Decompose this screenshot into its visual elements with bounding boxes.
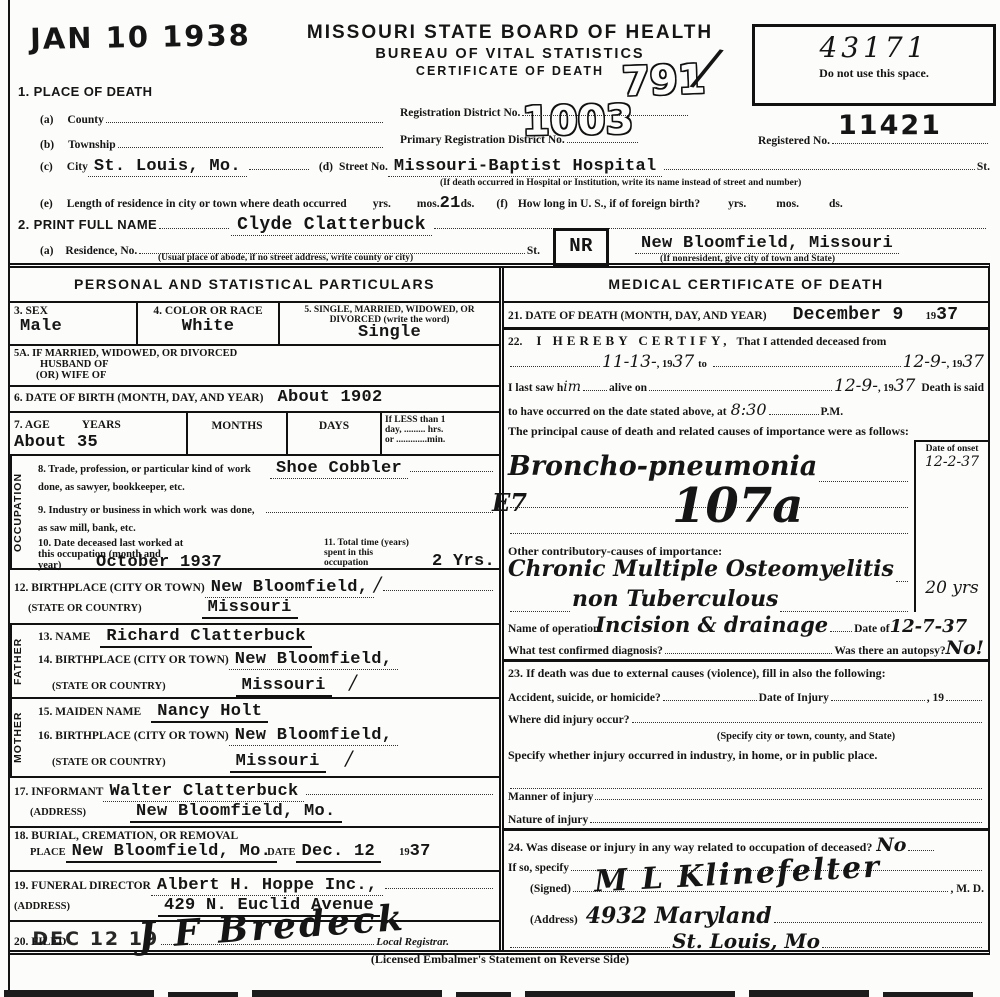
date-of-death-row: 21. DATE OF DEATH (MONTH, DAY, AND YEAR)… xyxy=(504,303,988,330)
sex-color-marital-row: 3. SEX Male 4. COLOR OR RACE White 5. SI… xyxy=(10,303,499,346)
mother-maiden-label: 15. MAIDEN NAME xyxy=(38,706,141,718)
age-months-cell: MONTHS xyxy=(188,413,288,454)
cause-of-death-area: Broncho-pneumonia E7 107a Other contribu… xyxy=(504,440,988,612)
dotted-line xyxy=(830,618,852,632)
ds-label: ds. xyxy=(461,198,475,210)
pm-label: P.M. xyxy=(821,406,844,418)
related-value: No xyxy=(876,834,906,856)
dotted-line xyxy=(896,568,908,582)
registered-number-label: Registered No. xyxy=(758,135,830,147)
place-of-death-heading: 1. PLACE OF DEATH xyxy=(18,84,152,99)
cause-intro-line: The principal cause of death and related… xyxy=(504,422,988,440)
where-injury-label: Where did injury occur? xyxy=(508,714,630,726)
registration-district-line: Registration District No. xyxy=(400,102,690,119)
pen-slash-mark: / xyxy=(374,572,381,596)
operation-label: Name of operation xyxy=(508,623,599,635)
color-race-cell: 4. COLOR OR RACE White xyxy=(138,303,280,344)
residence-no-label: Residence, No. xyxy=(65,245,137,257)
medical-certificate-title: MEDICAL CERTIFICATE OF DEATH xyxy=(504,268,988,303)
township-line: (b) Township xyxy=(40,134,385,151)
dotted-line xyxy=(510,353,600,367)
occupation-fields: 8. Trade, profession, or particular kind… xyxy=(34,456,499,568)
cause-fields: Broncho-pneumonia E7 107a Other contribu… xyxy=(504,440,914,612)
total-time-label-3: occupation xyxy=(324,558,432,568)
address-line-2: St. Louis, Mo xyxy=(508,929,984,953)
trade-row: 8. Trade, profession, or particular kind… xyxy=(34,456,499,497)
onset-date-value: 12-2-37 xyxy=(925,454,979,470)
father-birthplace-state: Missouri xyxy=(236,676,332,697)
trade-value: Shoe Cobbler xyxy=(270,459,408,479)
father-birthplace-city: New Bloomfield, xyxy=(229,650,399,670)
yrs-label: yrs. xyxy=(373,198,391,210)
burial-place-value: New Bloomfield, Mo. xyxy=(66,842,278,863)
accident-label: Accident, suicide, or homicide? xyxy=(508,692,661,704)
scan-artifact xyxy=(883,992,973,997)
operation-date-value: 12-7-37 xyxy=(890,616,968,637)
father-name-line: 13. NAME Richard Clatterbuck xyxy=(38,627,495,648)
specify-industry-line: Specify whether injury occurred in indus… xyxy=(508,746,984,764)
occurred-line: to have occurred on the date stated abov… xyxy=(508,400,984,419)
marital-label-1: 5. SINGLE, MARRIED, WIDOWED, OR xyxy=(284,305,495,315)
mother-maiden-value: Nancy Holt xyxy=(151,702,268,723)
burial-year-value: 37 xyxy=(410,842,431,861)
mother-birthplace-city: New Bloomfield, xyxy=(229,726,399,746)
less-than-label-2: day, ......... hrs. xyxy=(385,425,496,435)
color-race-label: 4. COLOR OR RACE xyxy=(142,305,274,317)
item-c-label: (c) xyxy=(40,161,53,173)
scan-artifact-band xyxy=(0,987,1000,997)
test-autopsy-line: What test confirmed diagnosis? Was there… xyxy=(504,637,988,662)
dob-label: 6. DATE OF BIRTH (MONTH, DAY, AND YEAR) xyxy=(14,392,263,404)
burial-place-date-line: PLACE New Bloomfield, Mo. DATE Dec. 12 1… xyxy=(14,842,495,863)
birthplace-state-line: (STATE OR COUNTRY) Missouri xyxy=(14,598,495,619)
age-label: 7. AGE xyxy=(14,419,50,431)
injury-date-label: Date of Injury xyxy=(759,692,829,704)
father-name-value: Richard Clatterbuck xyxy=(100,627,312,648)
dotted-line xyxy=(774,909,982,923)
dotted-line xyxy=(410,458,493,472)
residence-days-value: 21 xyxy=(440,194,461,213)
dotted-line xyxy=(510,598,570,612)
item-22-number: 22. xyxy=(508,336,522,348)
dotted-line xyxy=(385,875,493,889)
alive-on-label: alive on xyxy=(609,382,647,394)
informant-address-value: New Bloomfield, Mo. xyxy=(130,802,342,823)
occupation-related-block: 24. Was disease or injury in any way rel… xyxy=(504,831,988,954)
informant-block: 17. INFORMANT Walter Clatterbuck (ADDRES… xyxy=(10,778,499,828)
board-title: MISSOURI STATE BOARD OF HEALTH xyxy=(290,22,730,44)
wife-of-label: (OR) WIFE OF xyxy=(36,370,495,381)
burial-block: 18. BURIAL, CREMATION, OR REMOVAL PLACE … xyxy=(10,828,499,872)
principal-cause-label: The principal cause of death and related… xyxy=(508,424,909,438)
dotted-line xyxy=(106,109,383,123)
burial-date-value: Dec. 12 xyxy=(296,842,382,863)
scan-artifact xyxy=(749,990,869,997)
stray-pen-mark: E7 xyxy=(492,488,527,517)
contributory-duration: 20 yrs xyxy=(925,578,979,598)
age-days-cell: DAYS xyxy=(288,413,382,454)
burial-year-prefix: 19 xyxy=(399,847,410,858)
scan-artifact xyxy=(4,990,154,997)
mother-birthplace-state: Missouri xyxy=(230,752,326,773)
to-19-label: , 19 xyxy=(947,359,963,370)
dotted-line xyxy=(383,578,493,592)
mos-label: mos. xyxy=(417,198,440,210)
dotted-line xyxy=(832,130,988,144)
birthplace-block: 12. BIRTHPLACE (CITY OR TOWN) New Bloomf… xyxy=(10,570,499,625)
last-saw-date: 12-9- xyxy=(834,376,878,396)
industry-row: 9. Industry or business in which work wa… xyxy=(34,497,499,537)
item-f-label: (f) xyxy=(496,198,508,210)
injury-19-label: , 19 xyxy=(927,692,944,704)
dotted-line xyxy=(780,598,908,612)
item-e-label: (e) xyxy=(40,198,53,210)
burial-place-label: PLACE xyxy=(30,847,66,858)
father-birthplace-label: 14. BIRTHPLACE (CITY OR TOWN) xyxy=(38,654,229,666)
less-than-label-1: If LESS than 1 xyxy=(385,415,496,425)
to-word: to xyxy=(698,359,707,370)
item-a-label: (a) xyxy=(40,114,53,126)
dotted-line xyxy=(713,353,901,367)
hereby-certify-label: I HEREBY CERTIFY, xyxy=(536,333,730,349)
attended-to-date: 12-9- xyxy=(903,352,947,372)
total-time-value: 2 Yrs. xyxy=(432,552,495,571)
hour-value: 8:30 xyxy=(731,400,767,419)
burial-date-label: DATE xyxy=(267,847,295,858)
dotted-line xyxy=(139,240,525,254)
dotted-line xyxy=(819,468,908,482)
residence-city-value: New Bloomfield, Missouri xyxy=(635,234,899,254)
scan-artifact xyxy=(168,992,238,997)
dotted-line xyxy=(649,377,832,391)
funeral-director-label: 19. FUNERAL DIRECTOR xyxy=(14,880,151,892)
contributory-line-1: Chronic Multiple Osteomyelitis xyxy=(508,552,910,582)
age-less-cell: If LESS than 1 day, ......... hrs. or ..… xyxy=(382,413,499,454)
accident-line: Accident, suicide, or homicide? Date of … xyxy=(508,687,984,704)
dotted-line xyxy=(595,786,982,800)
physician-address-label: (Address) xyxy=(530,914,578,926)
mother-name-line: 15. MAIDEN NAME Nancy Holt xyxy=(38,702,495,723)
certificate-body: PERSONAL AND STATISTICAL PARTICULARS 3. … xyxy=(10,263,990,955)
date-of-death-value: December 9 xyxy=(793,305,904,325)
birthplace-city-value: New Bloomfield, xyxy=(205,578,375,598)
autopsy-value: No! xyxy=(946,637,984,659)
residence-length-label: Length of residence in city or town wher… xyxy=(67,198,347,210)
county-line: (a) County xyxy=(40,109,385,126)
dotted-line xyxy=(306,781,493,795)
registered-number-line: Registered No. xyxy=(758,130,990,147)
date-of-onset-column: Date of onset 12-2-37 20 yrs xyxy=(914,440,988,612)
dotted-line xyxy=(567,129,638,143)
specify-city-note: (Specify city or town, county, and State… xyxy=(717,731,895,742)
sex-cell: 3. SEX Male xyxy=(10,303,138,344)
attended-label: That I attended deceased from xyxy=(736,336,886,348)
sex-value: Male xyxy=(20,317,132,336)
personal-particulars-column: PERSONAL AND STATISTICAL PARTICULARS 3. … xyxy=(10,268,504,950)
us-length-label: How long in U. S., if of foreign birth? xyxy=(518,198,700,210)
md-label: , M. D. xyxy=(950,883,984,895)
dotted-line xyxy=(434,215,986,229)
where-injury-line: Where did injury occur? xyxy=(508,709,984,726)
item-2a-label: (a) xyxy=(40,245,53,257)
age-row: 7. AGE YEARS About 35 MONTHS DAYS If LES… xyxy=(10,413,499,456)
certify-line: 22. I HEREBY CERTIFY, That I attended de… xyxy=(508,333,984,349)
attended-from-date: 11-13- xyxy=(602,352,657,372)
dotted-line xyxy=(664,156,974,170)
specify-city-note-line: (Specify city or town, county, and State… xyxy=(508,726,984,744)
nature-label: Nature of injury xyxy=(508,814,588,826)
manner-line: Manner of injury xyxy=(508,786,984,803)
last-worked-row: 10. Date deceased last worked at this oc… xyxy=(34,537,499,572)
operation-line: Name of operation Incision & drainage Da… xyxy=(504,612,988,637)
contributory-cause-1: Chronic Multiple Osteomyelitis xyxy=(508,556,894,582)
physician-address-1: 4932 Maryland xyxy=(586,903,772,929)
pen-slash-mark: / xyxy=(346,746,353,770)
mother-fields: 15. MAIDEN NAME Nancy Holt 16. BIRTHPLAC… xyxy=(34,699,499,776)
print-full-name-heading: 2. PRINT FULL NAME xyxy=(18,217,157,232)
dotted-line xyxy=(632,709,983,723)
operation-value: Incision & drainage xyxy=(595,612,828,637)
do-not-use-box: 43171 Do not use this space. xyxy=(752,24,996,106)
do-not-use-label: Do not use this space. xyxy=(755,66,993,81)
contributory-cause-2: non Tuberculous xyxy=(572,586,778,612)
street-value: Missouri-Baptist Hospital xyxy=(388,157,663,177)
related-line: 24. Was disease or injury in any way rel… xyxy=(508,834,984,856)
last-worked-label-1: 10. Date deceased last worked at xyxy=(38,538,318,549)
received-date-stamp: JAN 10 1938 xyxy=(30,18,251,56)
funeral-director-value: Albert H. Hoppe Inc., xyxy=(151,876,384,896)
dod-year-value: 37 xyxy=(936,305,958,325)
personal-particulars-title: PERSONAL AND STATISTICAL PARTICULARS xyxy=(10,268,499,303)
full-name-value: Clyde Clatterbuck xyxy=(231,215,432,236)
contributory-line-2: non Tuberculous xyxy=(508,582,910,612)
last-19-label: , 19 xyxy=(878,383,894,394)
married-widowed-row: 5A. IF MARRIED, WIDOWED, OR DIVORCED HUS… xyxy=(10,346,499,387)
item-d-label: (d) xyxy=(319,161,333,173)
informant-address-label: (ADDRESS) xyxy=(30,807,86,818)
death-said-label: Death is said xyxy=(921,382,984,394)
months-label: MONTHS xyxy=(211,420,262,432)
city-street-line: (c) City St. Louis, Mo. (d) Street No. M… xyxy=(40,156,990,177)
residence-st-suffix: St. xyxy=(527,245,540,257)
marital-value: Single xyxy=(284,323,495,342)
mother-birthplace-state-line: (STATE OR COUNTRY) Missouri / xyxy=(38,746,495,773)
dob-value: About 1902 xyxy=(277,388,382,407)
test-label: What test confirmed diagnosis? xyxy=(508,645,663,657)
death-certificate-scan: JAN 10 1938 MISSOURI STATE BOARD OF HEAL… xyxy=(0,0,1000,997)
dotted-line xyxy=(590,809,982,823)
father-birthplace-city-line: 14. BIRTHPLACE (CITY OR TOWN) New Bloomf… xyxy=(38,650,495,670)
father-side-label: FATHER xyxy=(10,625,34,697)
dotted-line xyxy=(159,215,229,229)
dotted-line xyxy=(522,102,688,116)
dotted-line xyxy=(583,377,607,391)
occurred-label: to have occurred on the date stated abov… xyxy=(508,406,727,418)
years-label: YEARS xyxy=(82,419,121,431)
total-time-label-2: spent in this xyxy=(324,548,432,558)
husband-of-label: HUSBAND OF xyxy=(40,359,495,370)
birthplace-city-line: 12. BIRTHPLACE (CITY OR TOWN) New Bloomf… xyxy=(14,572,495,598)
date-of-birth-row: 6. DATE OF BIRTH (MONTH, DAY, AND YEAR) … xyxy=(10,387,499,413)
father-fields: 13. NAME Richard Clatterbuck 14. BIRTHPL… xyxy=(34,625,499,697)
signed-label: (Signed) xyxy=(530,883,571,895)
father-name-label: 13. NAME xyxy=(38,631,90,643)
age-value: About 35 xyxy=(14,433,182,452)
full-name-line: 2. PRINT FULL NAME Clyde Clatterbuck xyxy=(18,215,988,236)
hospital-note: (If death occurred in Hospital or Instit… xyxy=(440,178,801,188)
address-line: (Address) 4932 Maryland xyxy=(508,903,984,929)
sex-label: 3. SEX xyxy=(14,305,132,317)
attended-to-year: 37 xyxy=(962,352,984,372)
mother-birthplace-label: 16. BIRTHPLACE (CITY OR TOWN) xyxy=(38,730,229,742)
township-label: Township xyxy=(68,139,116,151)
occupation-side-label: OCCUPATION xyxy=(10,456,34,568)
pen-slash-mark: / xyxy=(350,670,357,694)
dotted-line xyxy=(249,156,309,170)
from-19-label: , 19 xyxy=(657,359,673,370)
st-suffix: St. xyxy=(977,161,990,173)
filed-block: 20. FILED DEC 12 19 Local Registrar. J F… xyxy=(10,922,499,950)
dotted-line xyxy=(663,687,757,701)
mother-block: MOTHER 15. MAIDEN NAME Nancy Holt 16. BI… xyxy=(10,699,499,778)
total-time-label-1: 11. Total time (years) xyxy=(324,538,432,548)
nr-stamp: NR xyxy=(569,235,592,257)
specify-industry-label: Specify whether injury occurred in indus… xyxy=(508,748,877,762)
nonresident-stamp-box: NR xyxy=(553,228,609,266)
manner-nature-block: Manner of injury Nature of injury xyxy=(504,784,988,831)
total-time-cell: 11. Total time (years) spent in this occ… xyxy=(322,537,499,572)
operation-date-label: Date of xyxy=(854,623,889,635)
primary-registration-line: Primary Registration District No. xyxy=(400,129,640,146)
file-number-handwritten: 43171 xyxy=(755,31,993,64)
informant-label: 17. INFORMANT xyxy=(14,786,103,798)
dotted-line xyxy=(118,134,383,148)
birthplace-label: 12. BIRTHPLACE (CITY OR TOWN) xyxy=(14,582,205,594)
last-saw-line: I last saw h im alive on 12-9- , 19 37 D… xyxy=(508,376,984,396)
embalmer-note: (Licensed Embalmer's Statement on Revers… xyxy=(0,952,1000,967)
mos-label-2: mos. xyxy=(776,198,799,210)
scan-artifact xyxy=(252,990,442,997)
registration-district-stamp: 791 xyxy=(621,57,706,106)
principal-cause-line: Broncho-pneumonia xyxy=(508,440,910,482)
dotted-line xyxy=(946,687,982,701)
dotted-line xyxy=(822,934,982,948)
yrs-label-2: yrs. xyxy=(728,198,746,210)
dotted-line xyxy=(266,499,493,513)
scan-artifact xyxy=(525,991,735,997)
date-of-onset-label: Date of onset xyxy=(926,444,979,454)
medical-certificate-column: MEDICAL CERTIFICATE OF DEATH 21. DATE OF… xyxy=(504,268,988,950)
funeral-director-address-label: (ADDRESS) xyxy=(14,901,70,912)
residence-length-line: (e) Length of residence in city or town … xyxy=(40,194,990,213)
registration-district-label: Registration District No. xyxy=(400,107,520,119)
dotted-line xyxy=(908,837,934,851)
manner-label: Manner of injury xyxy=(508,791,593,803)
scan-artifact xyxy=(456,992,511,997)
dotted-line xyxy=(510,934,670,948)
marital-cell: 5. SINGLE, MARRIED, WIDOWED, OR DIVORCED… xyxy=(280,303,499,344)
occupation-block: OCCUPATION 8. Trade, profession, or part… xyxy=(10,456,499,570)
attended-from-year: 37 xyxy=(673,352,695,372)
mother-side-label: MOTHER xyxy=(10,699,34,776)
dotted-line xyxy=(769,401,819,415)
birthplace-state-value: Missouri xyxy=(202,598,298,619)
dotted-line xyxy=(665,640,832,654)
if-so-label: If so, specify xyxy=(508,862,569,874)
informant-line: 17. INFORMANT Walter Clatterbuck xyxy=(14,781,495,802)
industry-label-1: 9. Industry or business in which work xyxy=(38,505,207,516)
funeral-director-line: 19. FUNERAL DIRECTOR Albert H. Hoppe Inc… xyxy=(14,875,495,896)
last-saw-year: 37 xyxy=(894,376,916,396)
certificate-header-section: JAN 10 1938 MISSOURI STATE BOARD OF HEAL… xyxy=(10,0,990,263)
ds-label-2: ds. xyxy=(829,198,843,210)
street-label: Street No. xyxy=(339,161,388,173)
city-label: City xyxy=(67,161,88,173)
informant-value: Walter Clatterbuck xyxy=(103,782,304,802)
county-label: County xyxy=(67,114,103,126)
nature-line: Nature of injury xyxy=(508,809,984,826)
mother-birthplace-sub: (STATE OR COUNTRY) xyxy=(52,757,166,768)
last-worked-cell: 10. Date deceased last worked at this oc… xyxy=(34,537,322,572)
attended-dates-line: 11-13- , 19 37 to 12-9- , 19 37 xyxy=(508,352,984,372)
color-race-value: White xyxy=(142,317,274,336)
informant-address-line: (ADDRESS) New Bloomfield, Mo. xyxy=(14,802,495,823)
birthplace-sub-label: (STATE OR COUNTRY) xyxy=(28,603,142,614)
cause-code-handwritten: 107a xyxy=(672,478,803,534)
age-years-cell: 7. AGE YEARS About 35 xyxy=(10,413,188,454)
father-block: FATHER 13. NAME Richard Clatterbuck 14. … xyxy=(10,625,499,699)
dotted-line xyxy=(831,687,925,701)
father-birthplace-state-line: (STATE OR COUNTRY) Missouri / xyxy=(38,670,495,697)
last-saw-label: I last saw h xyxy=(508,382,563,394)
abode-note: (Usual place of abode, if no street addr… xyxy=(158,253,413,263)
primary-registration-label: Primary Registration District No. xyxy=(400,134,565,146)
autopsy-label: Was there an autopsy? xyxy=(834,645,945,657)
father-birthplace-sub: (STATE OR COUNTRY) xyxy=(52,681,166,692)
days-label: DAYS xyxy=(319,420,349,432)
item-b-label: (b) xyxy=(40,139,54,151)
external-causes-block: 23. If death was due to external causes … xyxy=(504,662,988,784)
physician-address-2: St. Louis, Mo xyxy=(672,929,820,953)
last-saw-him: im xyxy=(563,379,581,395)
mother-birthplace-city-line: 16. BIRTHPLACE (CITY OR TOWN) New Bloomf… xyxy=(38,726,495,746)
item-5a-label: 5A. IF MARRIED, WIDOWED, OR DIVORCED xyxy=(14,348,495,359)
less-than-label-3: or .............min. xyxy=(385,435,496,445)
burial-label: 18. BURIAL, CREMATION, OR REMOVAL xyxy=(14,830,495,842)
date-of-death-label: 21. DATE OF DEATH (MONTH, DAY, AND YEAR) xyxy=(508,310,767,322)
dod-year-prefix: 19 xyxy=(926,311,937,322)
item-23-label: 23. If death was due to external causes … xyxy=(508,666,984,681)
certify-block: 22. I HEREBY CERTIFY, That I attended de… xyxy=(504,330,988,422)
last-worked-value: October 1937 xyxy=(96,553,222,572)
city-value: St. Louis, Mo. xyxy=(88,157,247,177)
trade-label-1: 8. Trade, profession, or particular kind… xyxy=(38,464,223,475)
